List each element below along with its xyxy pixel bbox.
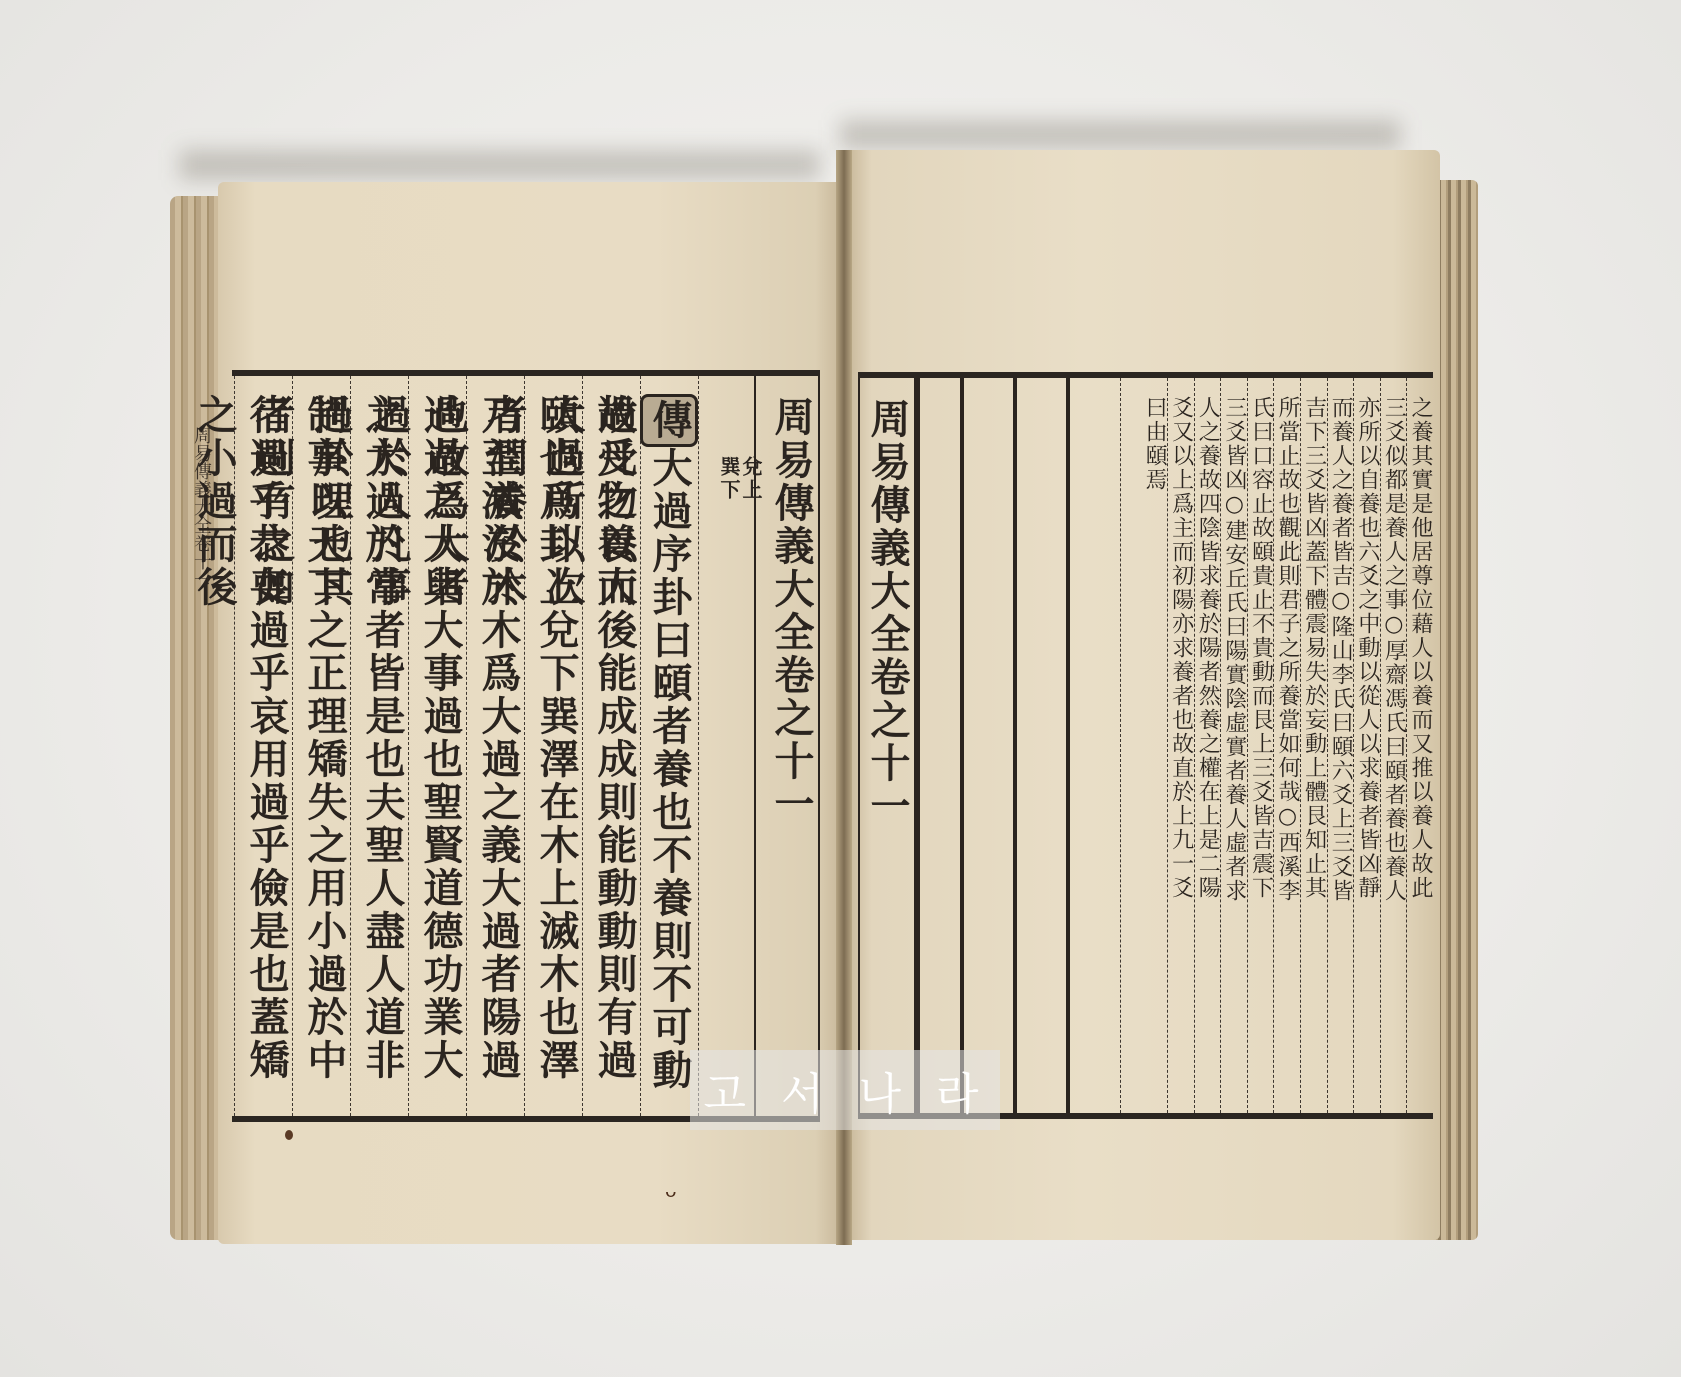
- paper-spot: [285, 1130, 293, 1140]
- text-column: 制事以天下之正理矯失之用小過於中者則有之如: [292, 376, 350, 1116]
- text-column: 所當止故也觀此則君子之所養當如何哉○西溪李: [1273, 378, 1300, 1113]
- watermark-banner: 고 서 나 라: [690, 1050, 1000, 1130]
- text-column: 過凡物養而後能成成則能動動則有過大過所以次: [582, 376, 640, 1116]
- page-shadow: [840, 120, 1400, 150]
- trigram-upper: 兌上: [725, 456, 777, 502]
- text-column: 頤也爲卦上兌下巽澤在木上滅木也澤者潤養於木: [524, 376, 582, 1116]
- page-title: 周易傳義大全卷之十一: [858, 378, 916, 1113]
- text-column: 傳大過序卦曰頤者養也不養則不可動故受之以大: [640, 376, 698, 1116]
- text-column: 三爻似都是養人之事○厚齋馮氏曰頤者養也養人: [1380, 378, 1407, 1113]
- text-column: 爻又以上爲主而初陽亦求養者也故直於上九一爻: [1167, 378, 1194, 1113]
- text-column: 行過乎恭喪過乎哀用過乎儉是也蓋矯之小過而後: [234, 376, 292, 1116]
- text-column: 曰由頤焉: [1120, 378, 1167, 1113]
- text-column: 亦所以自養也六爻之中動以從人以求養者皆凶靜: [1353, 378, 1380, 1113]
- text-column: 而養人之養者皆吉○隆山李氏曰頤六爻上三爻皆: [1327, 378, 1354, 1113]
- hexagram-icon: [710, 398, 744, 407]
- text-column: 乃至滅沒於木爲大過之義大過者陽過也故爲大者: [466, 376, 524, 1116]
- watermark-char: 서: [781, 1058, 832, 1122]
- watermark-char: 고: [703, 1058, 754, 1122]
- text-column: 之大過於常者皆是也夫聖人盡人道非過於理也其: [350, 376, 408, 1116]
- empty-column: [1066, 378, 1119, 1113]
- empty-column: [960, 378, 1013, 1113]
- commentary-seal-icon: 傳: [640, 394, 698, 447]
- page-shadow: [180, 150, 820, 180]
- watermark-char: 라: [936, 1058, 987, 1122]
- empty-column: [1013, 378, 1066, 1113]
- watermark-char: 나: [858, 1058, 909, 1122]
- text-column: 過過之大與大事過也聖賢道德功業大過於人凡事: [408, 376, 466, 1116]
- text-column: 氏曰口容止故頤貴止不貴動而艮上三爻皆吉震下: [1247, 378, 1274, 1113]
- text-column: 人之養故四陰皆求養於陽者然養之權在上是二陽: [1194, 378, 1221, 1113]
- right-text-frame: 之養其實是他居尊位藉人以養而又推以養人故此 三爻似都是養人之事○厚齋馮氏曰頤者養…: [858, 372, 1433, 1119]
- text-column: 之養其實是他居尊位藉人以養而又推以養人故此: [1406, 378, 1433, 1113]
- text-column: 三爻皆凶○建安丘氏曰陽實陰虛實者養人虛者求: [1220, 378, 1247, 1113]
- open-book: 周易傳義大全卷十一 周易傳義大全卷之十一 巽下 兌上 傳大過序卦曰頤者養也不養則…: [0, 0, 1681, 1377]
- left-page-stack-edge: 周易傳義大全卷十一: [170, 196, 225, 1240]
- empty-column: [916, 378, 960, 1113]
- left-text-frame: 周易傳義大全卷之十一 巽下 兌上 傳大過序卦曰頤者養也不養則不可動故受之以大 過…: [232, 370, 820, 1122]
- text-column: 吉下三爻皆凶蓋下體震易失於妄動上體艮知止其: [1300, 378, 1327, 1113]
- hexagram-column: 巽下 兌上: [698, 376, 754, 1116]
- ink-stain-mark: ᵕ: [665, 1180, 677, 1215]
